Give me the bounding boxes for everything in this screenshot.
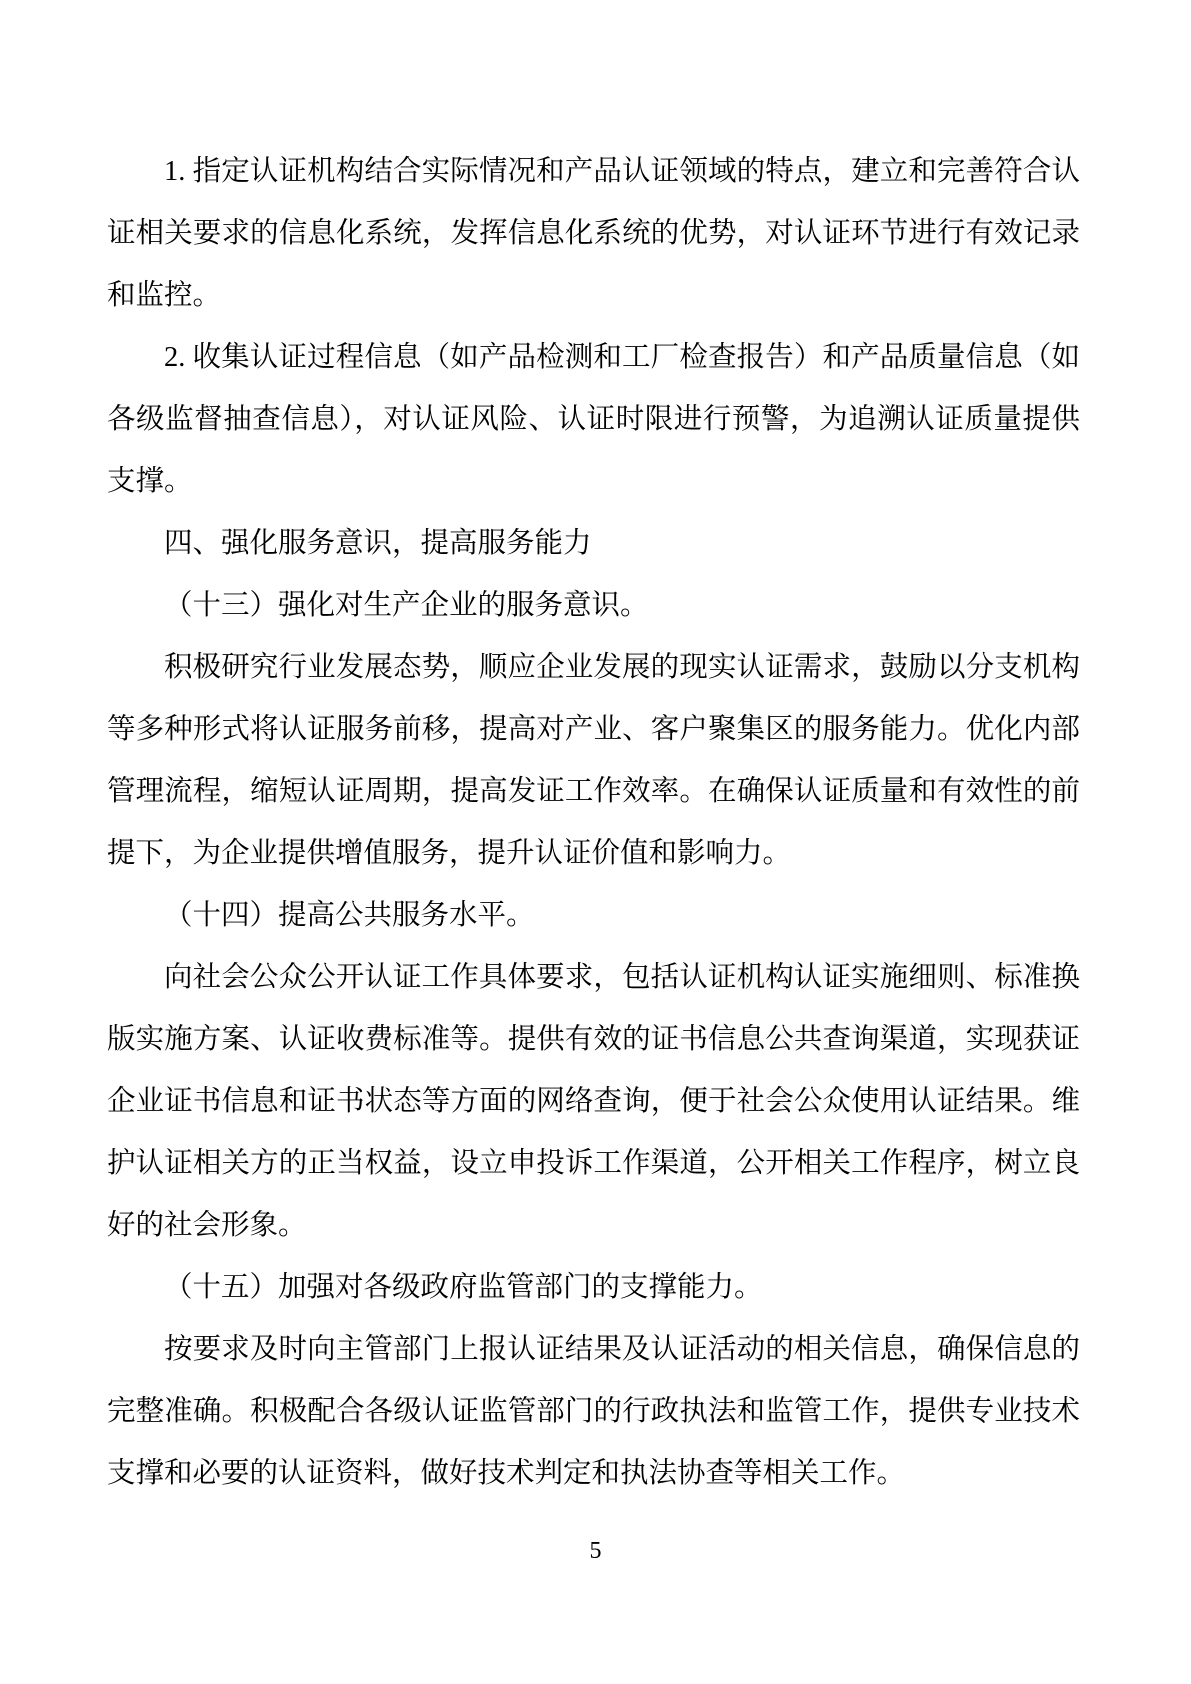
paragraph-4-clause-heading: （十三）强化对生产企业的服务意识。 — [107, 575, 1080, 637]
paragraph-6-clause-heading: （十四）提高公共服务水平。 — [107, 885, 1080, 947]
document-page: 1. 指定认证机构结合实际情况和产品认证领域的特点，建立和完善符合认证相关要求的… — [0, 0, 1191, 1684]
paragraph-3-section-heading: 四、强化服务意识，提高服务能力 — [107, 513, 1080, 575]
document-body: 1. 指定认证机构结合实际情况和产品认证领域的特点，建立和完善符合认证相关要求的… — [107, 141, 1080, 1505]
paragraph-2-numbered-item: 2. 收集认证过程信息（如产品检测和工厂检查报告）和产品质量信息（如各级监督抽查… — [107, 327, 1080, 513]
page-footer: 5 — [0, 1536, 1191, 1566]
paragraph-7-body: 向社会公众公开认证工作具体要求，包括认证机构认证实施细则、标准换版实施方案、认证… — [107, 947, 1080, 1257]
paragraph-1-numbered-item: 1. 指定认证机构结合实际情况和产品认证领域的特点，建立和完善符合认证相关要求的… — [107, 141, 1080, 327]
paragraph-5-body: 积极研究行业发展态势，顺应企业发展的现实认证需求，鼓励以分支机构等多种形式将认证… — [107, 637, 1080, 885]
paragraph-9-body: 按要求及时向主管部门上报认证结果及认证活动的相关信息，确保信息的完整准确。积极配… — [107, 1319, 1080, 1505]
paragraph-8-clause-heading: （十五）加强对各级政府监管部门的支撑能力。 — [107, 1257, 1080, 1319]
page-number: 5 — [590, 1536, 602, 1566]
